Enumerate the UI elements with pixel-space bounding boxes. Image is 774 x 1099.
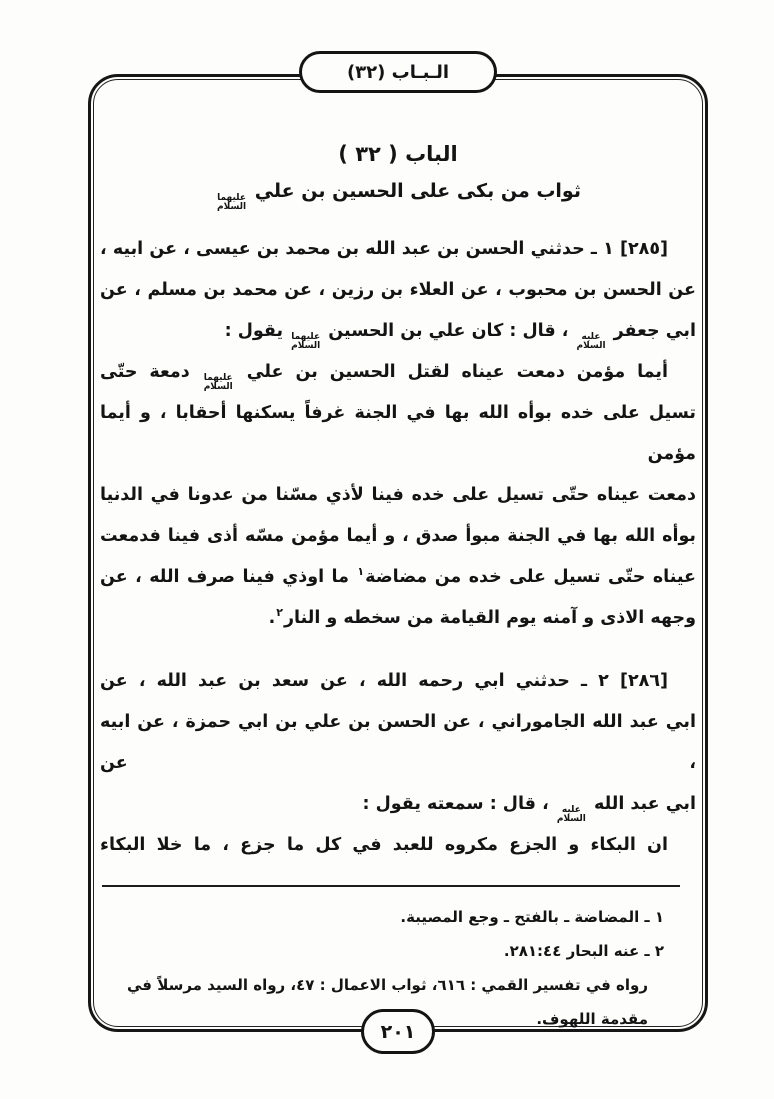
page-number-pill: ٢٠١ (361, 1009, 435, 1054)
body-line: ان البكاء و الجزع مكروه للعبد في كل ما ج… (100, 825, 696, 866)
body-line: عن الحسن بن محبوب ، عن العلاء بن رزين ، … (100, 270, 696, 311)
chapter-subtitle: ثواب من بكى على الحسين بن علي عليهماالسل… (100, 180, 696, 211)
page-number: ٢٠١ (381, 1021, 416, 1043)
book-page: الـبـاب (٣٢) الباب ( ٣٢ ) ثواب من بكى عل… (0, 0, 774, 1099)
body-line: وجهه الاذى و آمنه يوم القيامة من سخطه و … (100, 598, 696, 639)
body-line: عيناه حتّى تسيل على خده من مضاضة١ ما اوذ… (100, 557, 696, 598)
alayhis-salam-mark: عليهالسلام (557, 806, 586, 823)
body-line: أيما مؤمن دمعت عيناه لقتل الحسين بن علي … (100, 352, 696, 393)
chapter-header-pill: الـبـاب (٣٢) (299, 51, 497, 93)
footnote-separator (102, 885, 680, 887)
body-line: ابي عبد الله عليهالسلام ، قال : سمعته يق… (100, 784, 696, 825)
footnote-line: ٢ ـ عنه البحار ٢٨١:٤٤. (100, 934, 696, 968)
footnote-ref: ١ (357, 565, 364, 578)
chapter-title: الباب ( ٣٢ ) (100, 142, 696, 166)
footnote-ref: ٢ (276, 606, 283, 619)
body-line: [٢٨٦] ٢ ـ حدثني ابي رحمه الله ، عن سعد ب… (100, 661, 696, 702)
body-line: ابي جعفر عليهالسلام ، قال : كان علي بن ا… (100, 311, 696, 352)
body-text: [٢٨٥] ١ ـ حدثني الحسن بن عبد الله بن محم… (100, 229, 696, 866)
body-line: [٢٨٥] ١ ـ حدثني الحسن بن عبد الله بن محم… (100, 229, 696, 270)
alayhis-salam-mark: عليهالسلام (577, 333, 606, 350)
body-line: تسيل على خده بوأه الله بها في الجنة غرفا… (100, 393, 696, 475)
chapter-header-label: الـبـاب (٣٢) (347, 62, 449, 83)
body-line: ابي عبد الله الجاموراني ، عن الحسن بن عل… (100, 702, 696, 784)
page-content: الباب ( ٣٢ ) ثواب من بكى على الحسين بن ع… (100, 80, 696, 866)
alayhis-salam-mark: عليهماالسلام (217, 194, 246, 211)
body-line: بوأه الله بها في الجنة مبوأ صدق ، و أيما… (100, 516, 696, 557)
alayhis-salam-mark: عليهماالسلام (204, 374, 233, 391)
footnote-line: ١ ـ المضاضة ـ بالفتح ـ وجع المصيبة. (100, 900, 696, 934)
alayhis-salam-mark: عليهماالسلام (291, 333, 320, 350)
body-line: دمعت عيناه حتّى تسيل على خده فينا لأذي م… (100, 475, 696, 516)
